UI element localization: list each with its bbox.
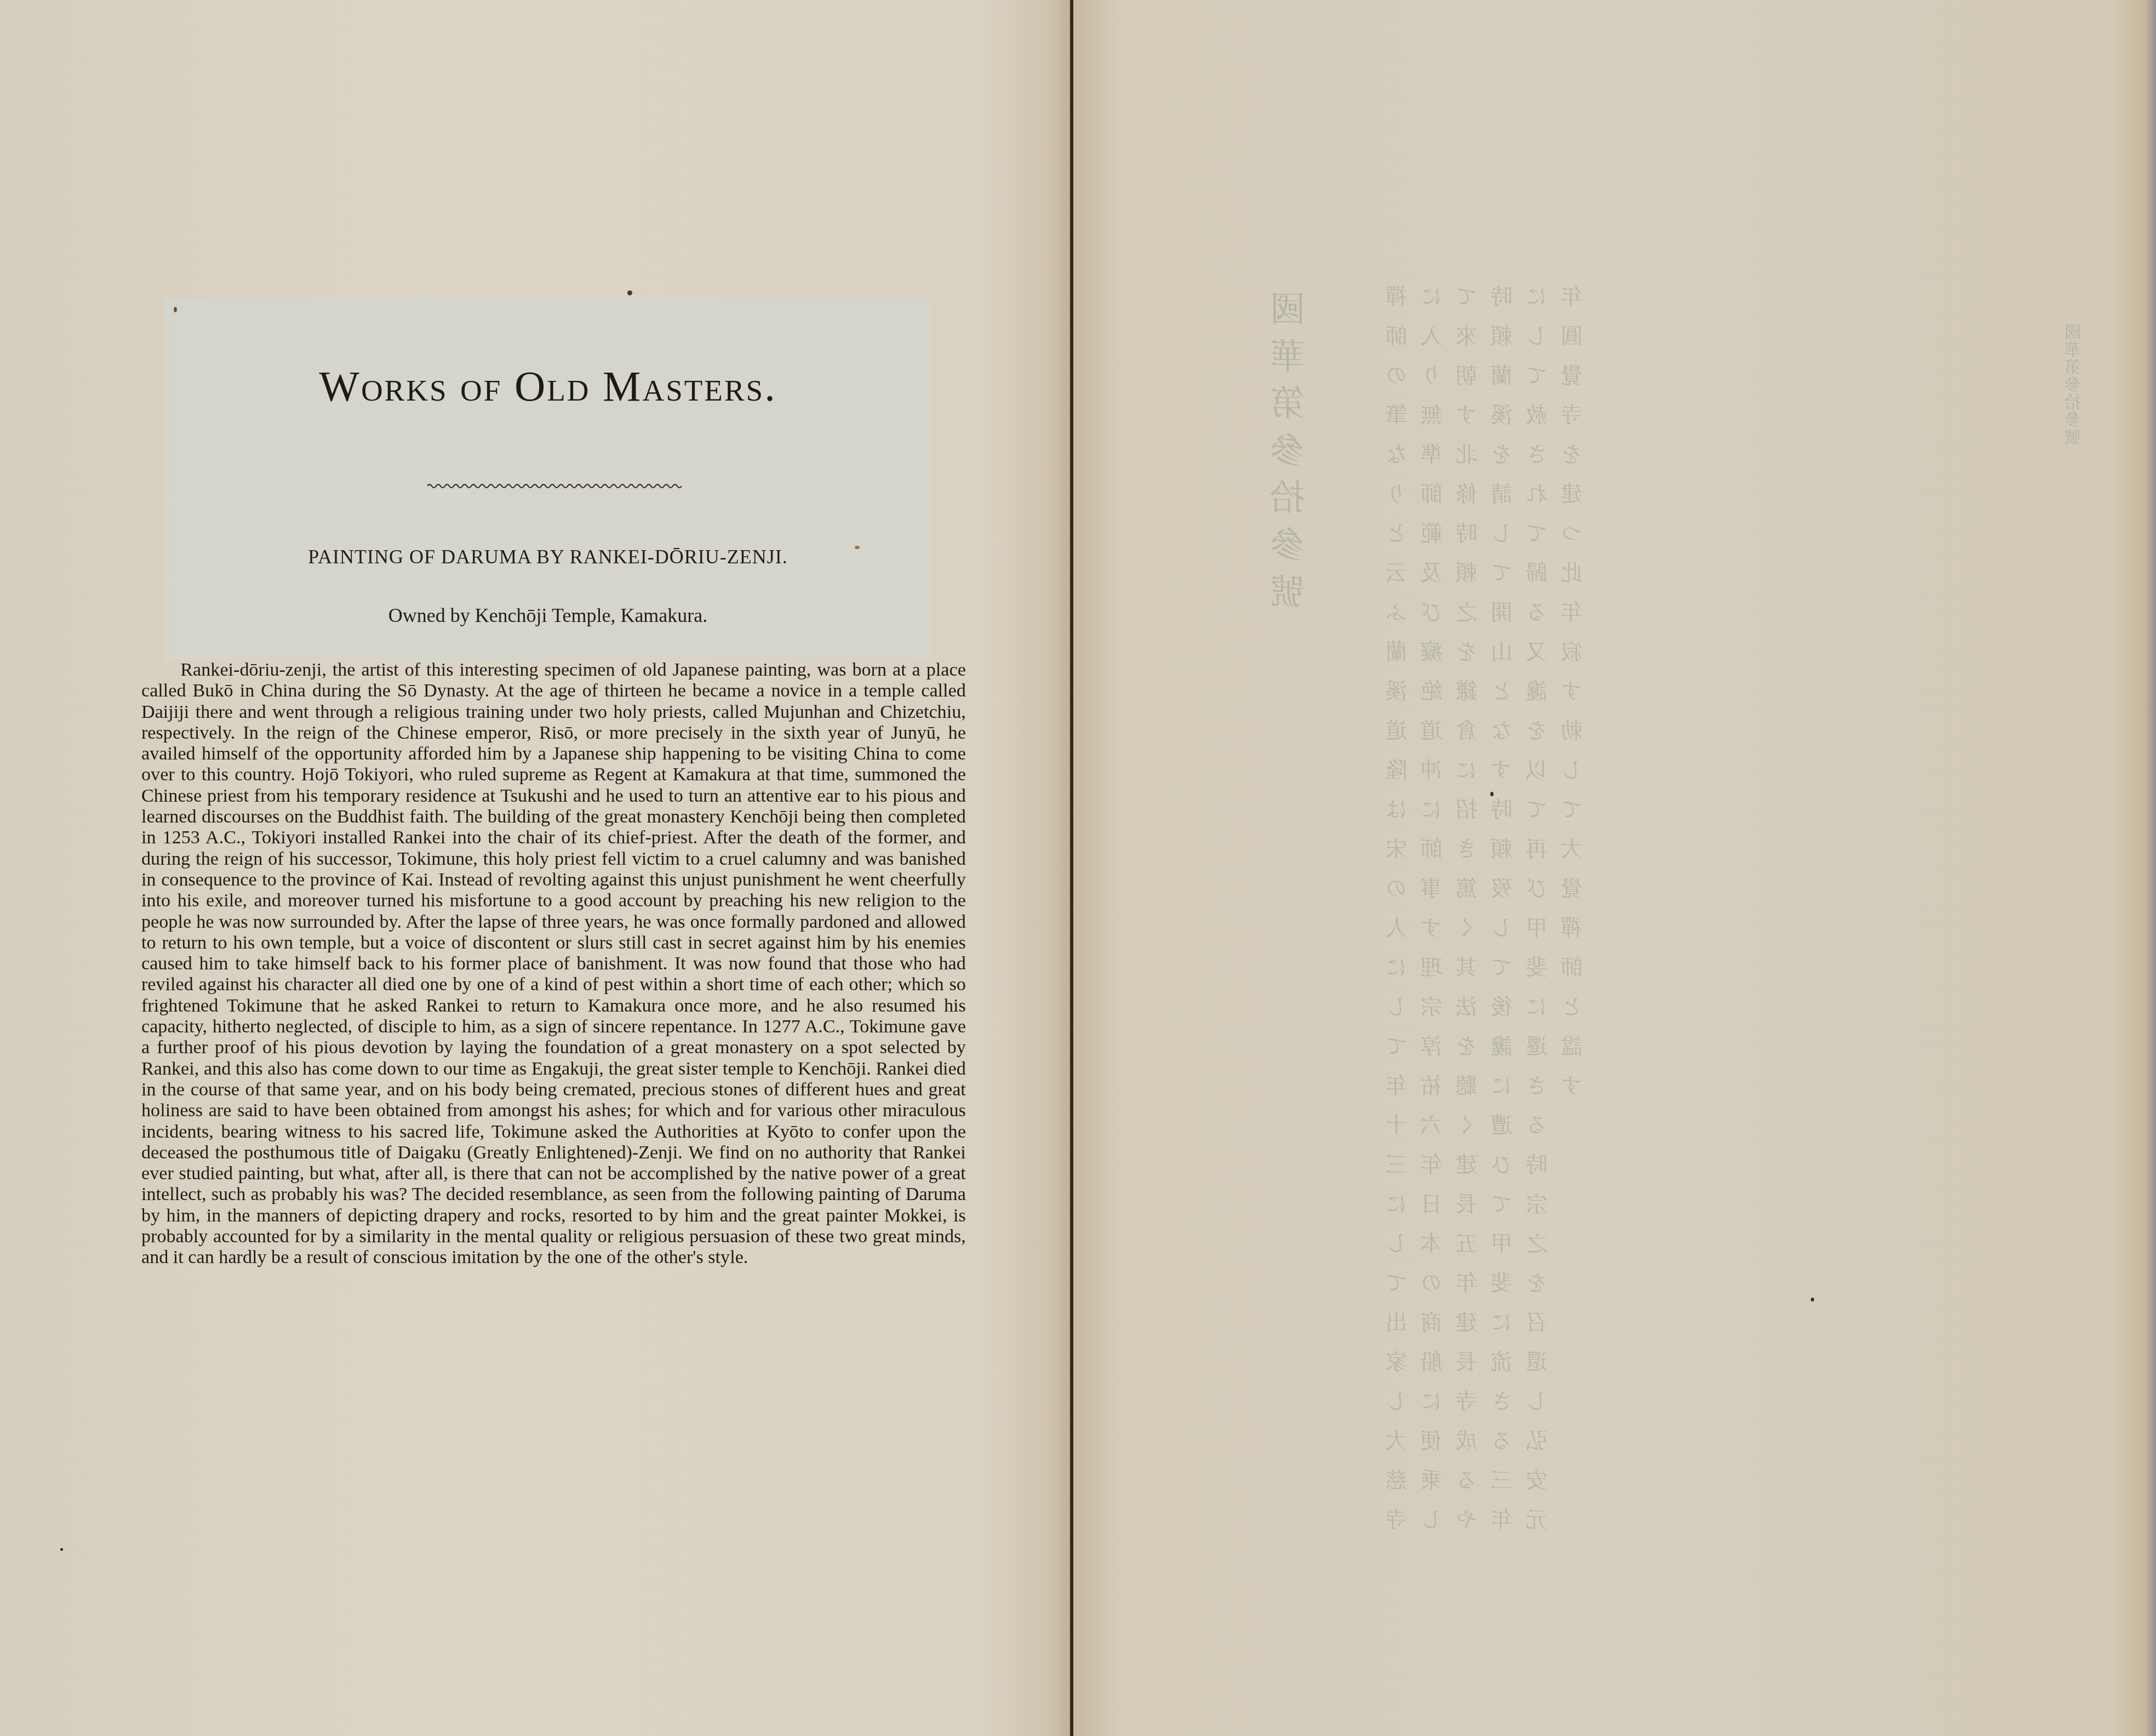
article-body: Rankei-dōriu-zenji, the artist of this i… [141,659,966,1268]
paper-speck [855,546,860,549]
article-subtitle: PAINTING OF DARUMA BY RANKEI-DŌRIU-ZENJI… [164,545,931,568]
show-through-title: 國華第參拾參號 [1266,290,1316,620]
show-through-text: 禪師の筆なりと云ふ蘭溪道隆は宋の人にして年十三にして出家し大慈寺に入り無準師範及… [1381,285,1956,1573]
wavy-ornament-rule [427,481,682,491]
book-spread: Works of Old Masters. PAINTING OF DARUMA… [0,0,2156,1736]
show-through-running-head: 國華第參拾參號 [2063,323,2087,446]
left-page: Works of Old Masters. PAINTING OF DARUMA… [0,0,1072,1736]
book-gutter [1070,0,1073,1736]
paper-speck [60,1548,63,1551]
paper-speck [174,307,177,312]
paper-speck [627,290,632,295]
page-title: Works of Old Masters. [164,362,931,411]
ownership-line: Owned by Kenchōji Temple, Kamakura. [164,604,931,627]
